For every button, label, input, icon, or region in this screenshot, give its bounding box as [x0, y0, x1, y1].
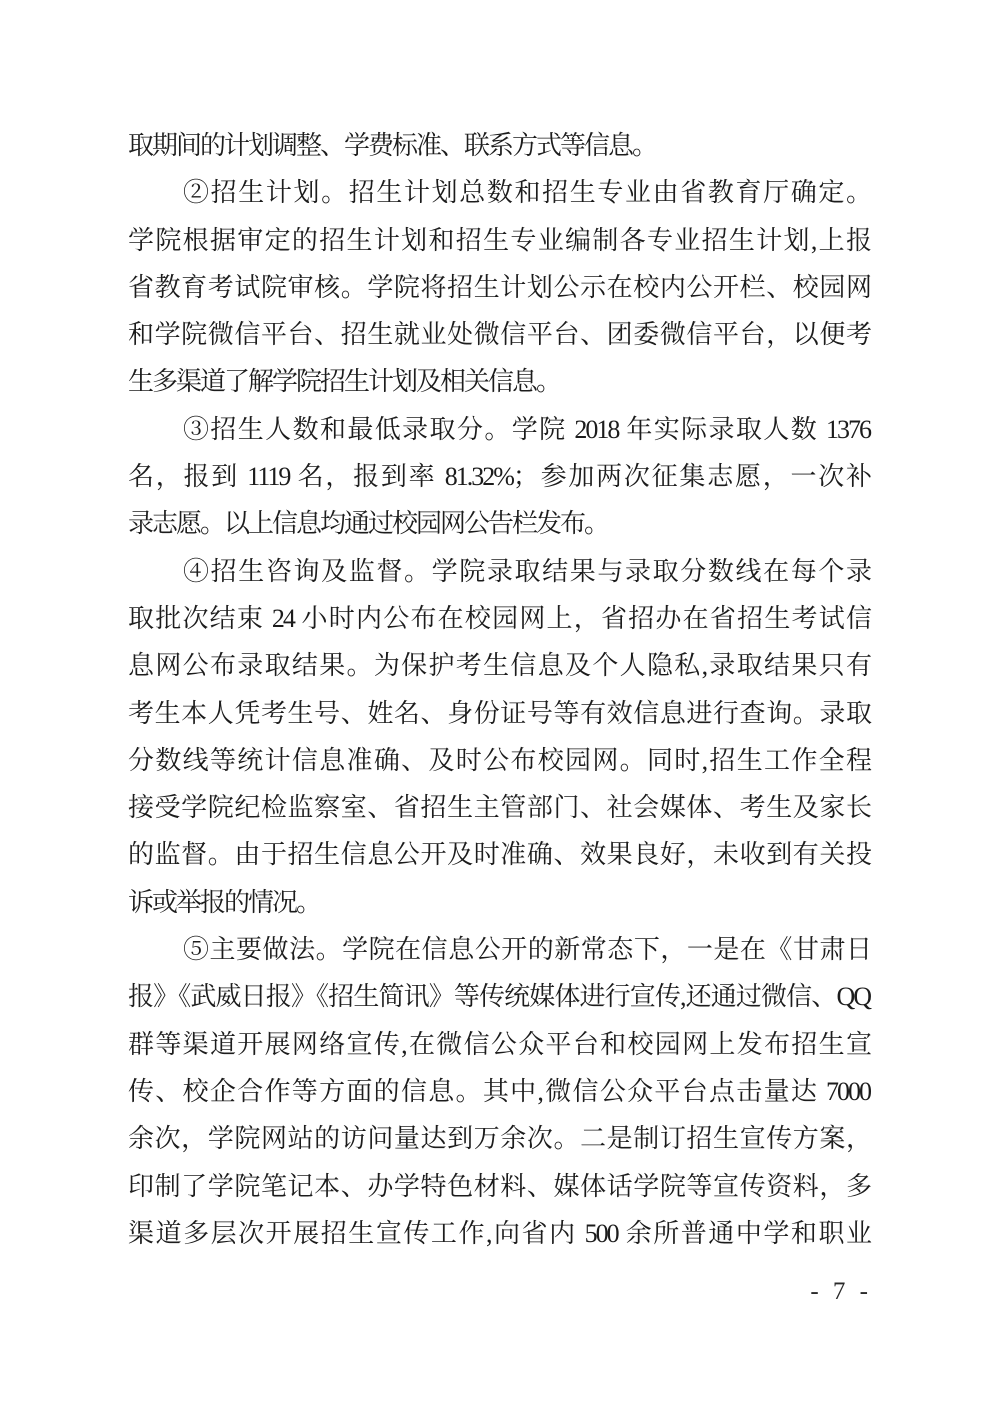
text-line: 和学院微信平台、招生就业处微信平台、团委微信平台，以便考 [128, 311, 870, 358]
text-line: ④招生咨询及监督。学院录取结果与录取分数线在每个录 [128, 548, 870, 595]
text-line: 学院根据审定的招生计划和招生专业编制各专业招生计划,上报 [128, 217, 870, 264]
text-line: 录志愿。以上信息均通过校园网公告栏发布。 [128, 500, 870, 547]
page-number: - 7 - [810, 1278, 872, 1306]
text-line: 印制了学院笔记本、办学特色材料、媒体话学院等宣传资料，多 [128, 1163, 870, 1210]
text-line: 群等渠道开展网络宣传,在微信公众平台和校园网上发布招生宣 [128, 1021, 870, 1068]
text-line: 名，报到 1119 名，报到率 81.32%；参加两次征集志愿，一次补 [128, 453, 870, 500]
text-line: 省教育考试院审核。学院将招生计划公示在校内公开栏、校园网 [128, 264, 870, 311]
text-line: 报》《武威日报》《招生简讯》等传统媒体进行宣传,还通过微信、QQ [128, 973, 870, 1020]
text-line: 渠道多层次开展招生宣传工作,向省内 500 余所普通中学和职业 [128, 1210, 870, 1257]
text-line: ③招生人数和最低录取分。学院 2018 年实际录取人数 1376 [128, 406, 870, 453]
text-line: 余次，学院网站的访问量达到万余次。二是制订招生宣传方案， [128, 1115, 870, 1162]
text-line: 生多渠道了解学院招生计划及相关信息。 [128, 358, 870, 405]
text-line: 分数线等统计信息准确、及时公布校园网。同时,招生工作全程 [128, 737, 870, 784]
text-line: ⑤主要做法。学院在信息公开的新常态下，一是在《甘肃日 [128, 926, 870, 973]
document-body: 取期间的计划调整、学费标准、联系方式等信息。②招生计划。招生计划总数和招生专业由… [128, 122, 870, 1257]
document-page: 取期间的计划调整、学费标准、联系方式等信息。②招生计划。招生计划总数和招生专业由… [0, 0, 1000, 1414]
text-line: 传、校企合作等方面的信息。其中,微信公众平台点击量达 7000 [128, 1068, 870, 1115]
text-line: ②招生计划。招生计划总数和招生专业由省教育厅确定。 [128, 169, 870, 216]
text-line: 诉或举报的情况。 [128, 879, 870, 926]
text-line: 接受学院纪检监察室、省招生主管部门、社会媒体、考生及家长 [128, 784, 870, 831]
text-line: 的监督。由于招生信息公开及时准确、效果良好，未收到有关投 [128, 831, 870, 878]
text-line: 息网公布录取结果。为保护考生信息及个人隐私,录取结果只有 [128, 642, 870, 689]
text-line: 取批次结束 24 小时内公布在校园网上，省招办在省招生考试信 [128, 595, 870, 642]
text-line: 取期间的计划调整、学费标准、联系方式等信息。 [128, 122, 870, 169]
text-line: 考生本人凭考生号、姓名、身份证号等有效信息进行查询。录取 [128, 690, 870, 737]
